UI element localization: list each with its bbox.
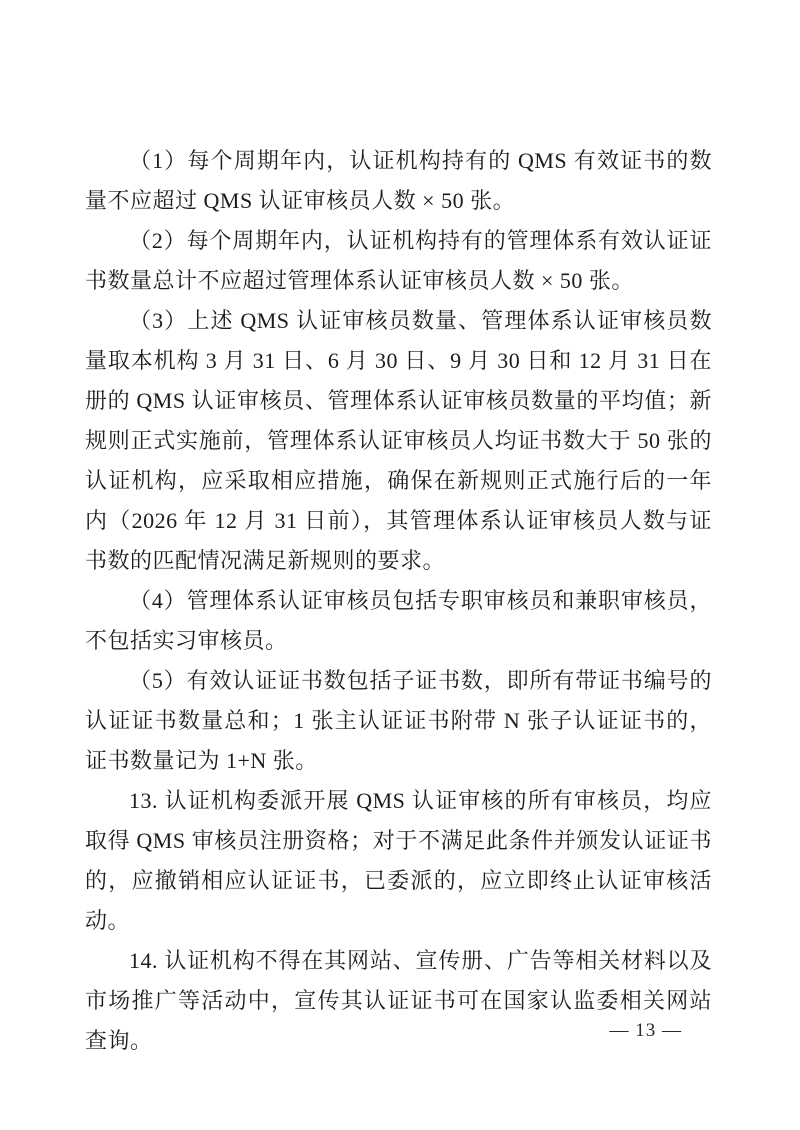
paragraph-item-3: （3）上述 QMS 认证审核员数量、管理体系认证审核员数量取本机构 3 月 31… xyxy=(85,301,712,581)
paragraph-item-2: （2）每个周期年内，认证机构持有的管理体系有效认证证书数量总计不应超过管理体系认… xyxy=(85,221,712,301)
paragraph-item-1: （1）每个周期年内，认证机构持有的 QMS 有效证书的数量不应超过 QMS 认证… xyxy=(85,141,712,221)
paragraph-item-4: （4）管理体系认证审核员包括专职审核员和兼职审核员，不包括实习审核员。 xyxy=(85,581,712,661)
paragraph-item-5: （5）有效认证证书数包括子证书数，即所有带证书编号的认证证书数量总和；1 张主认… xyxy=(85,661,712,781)
document-text-block: （1）每个周期年内，认证机构持有的 QMS 有效证书的数量不应超过 QMS 认证… xyxy=(85,141,712,1061)
paragraph-item-6: 13. 认证机构委派开展 QMS 认证审核的所有审核员，均应取得 QMS 审核员… xyxy=(85,781,712,941)
page-number: — 13 — xyxy=(610,1018,683,1044)
document-page: （1）每个周期年内，认证机构持有的 QMS 有效证书的数量不应超过 QMS 认证… xyxy=(0,0,800,1130)
